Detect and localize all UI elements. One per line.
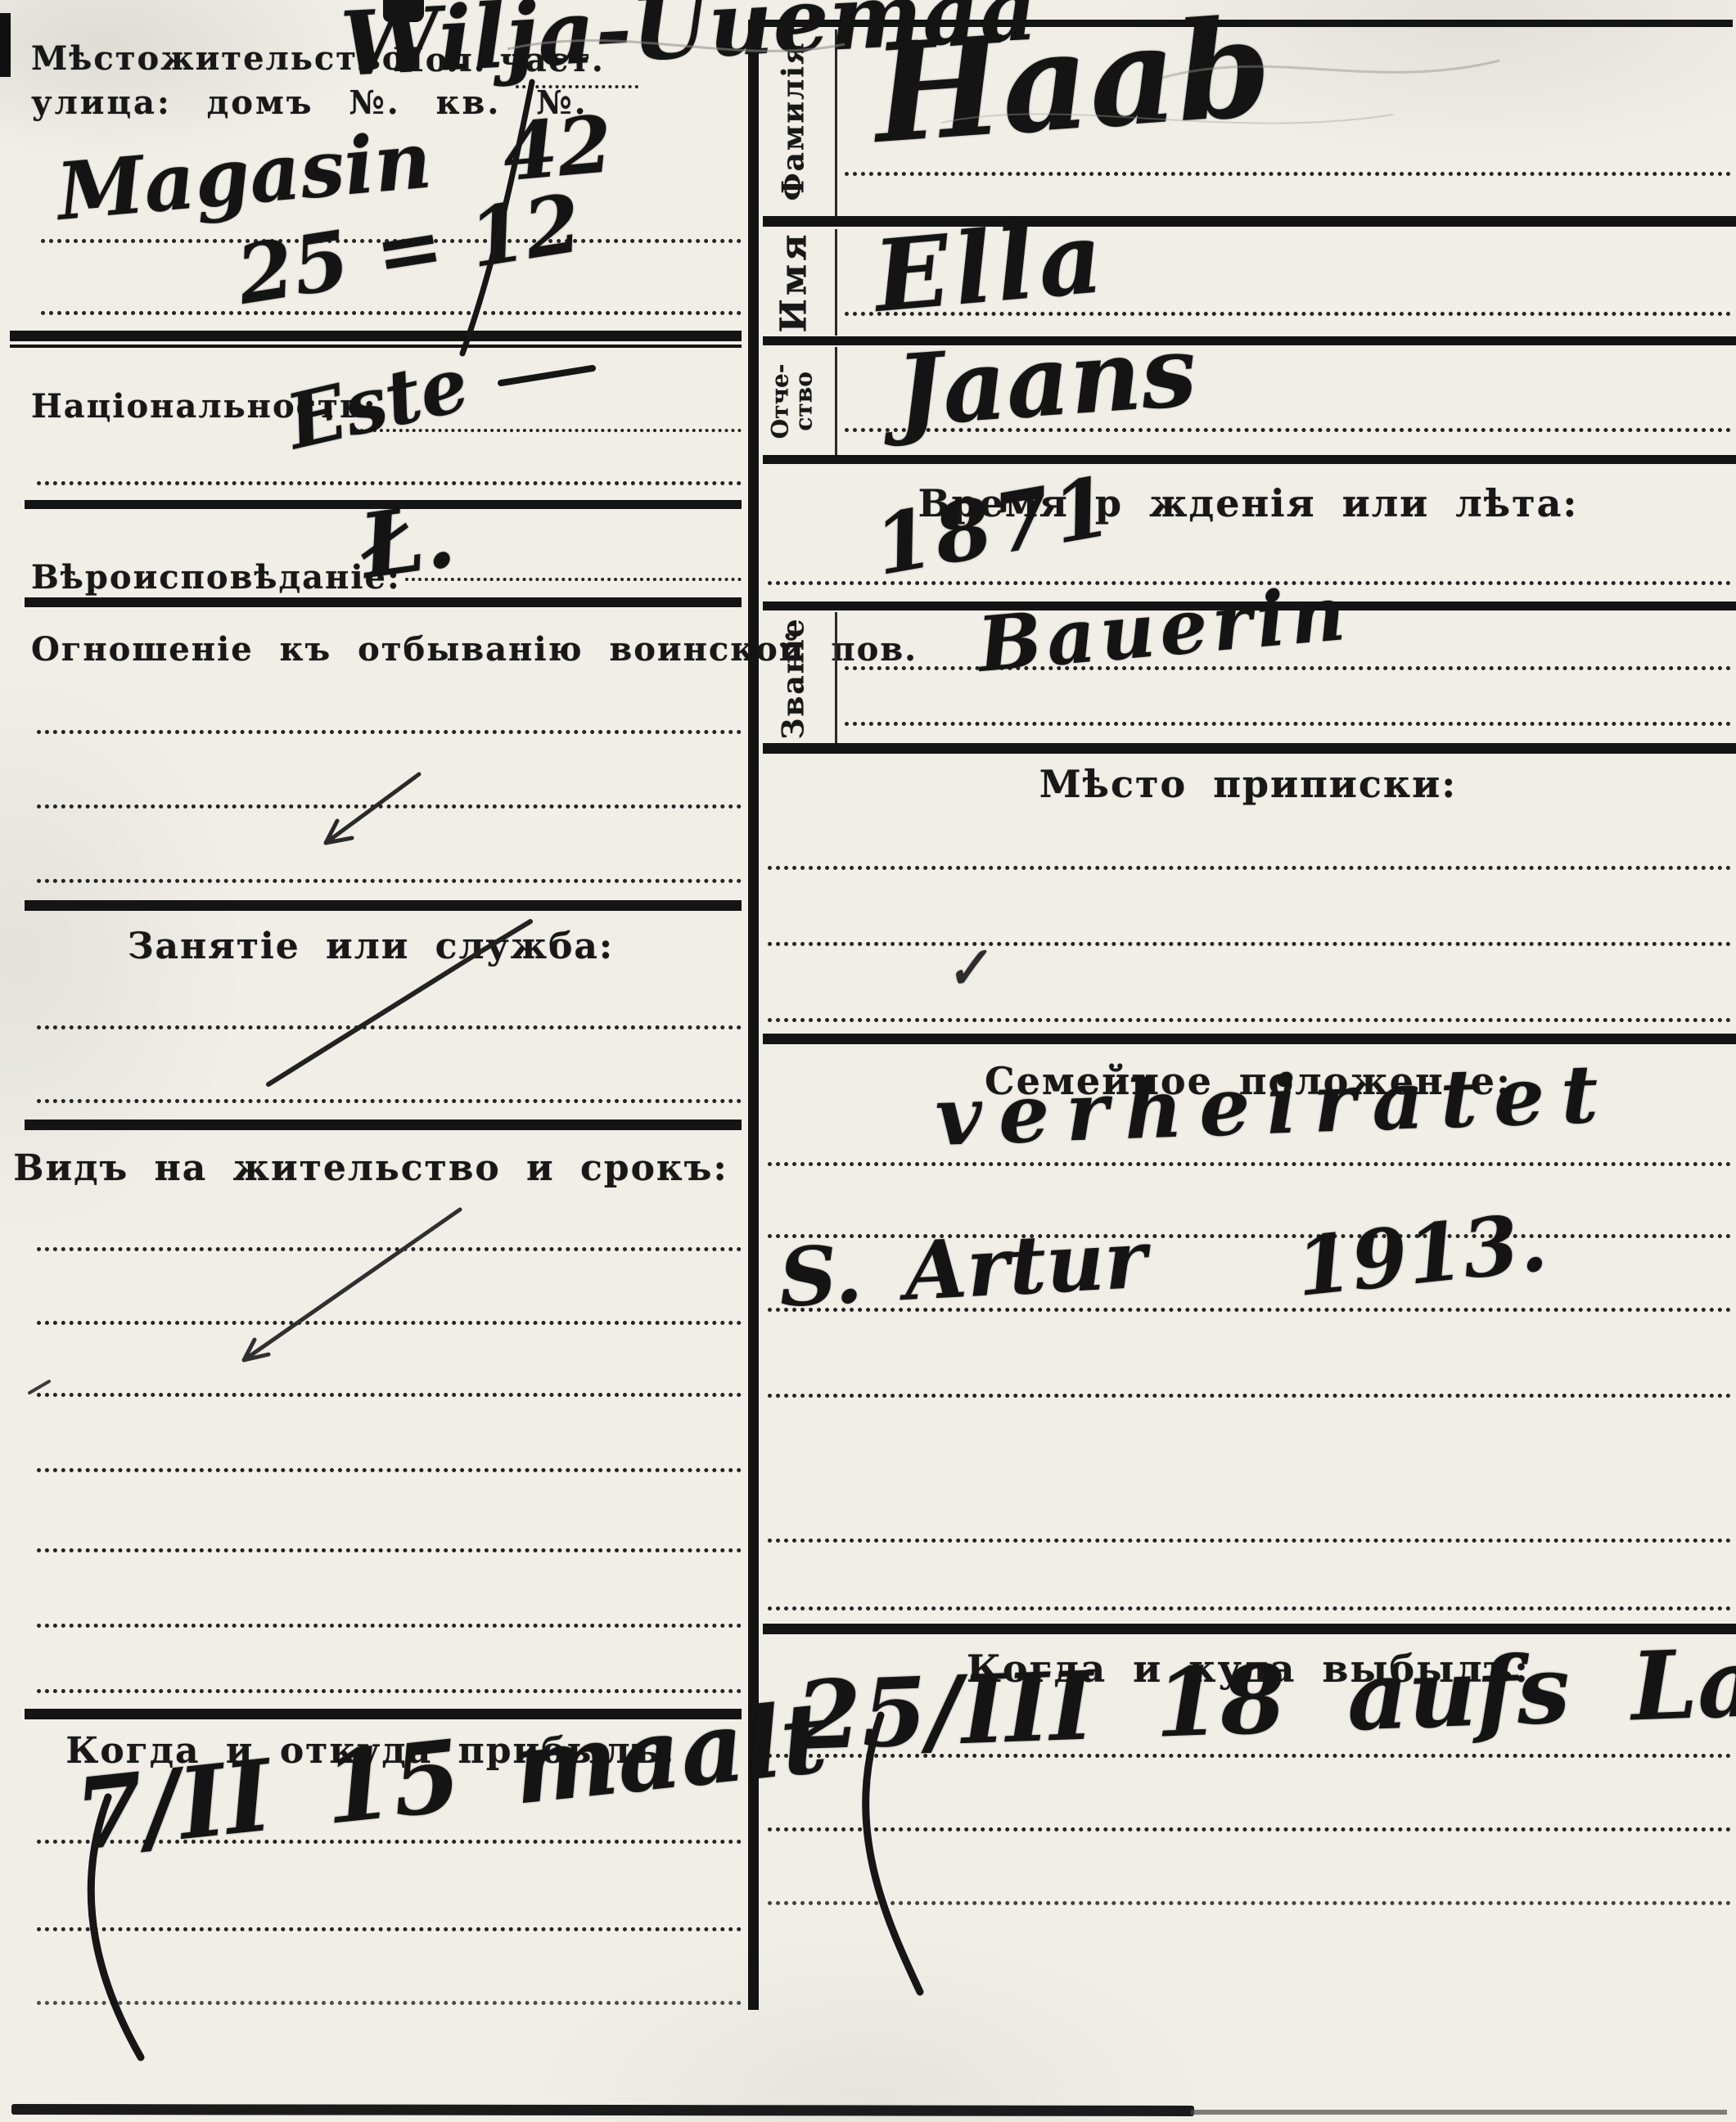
permit-dotted-line-2 [37, 1321, 742, 1325]
patronymic-rule [763, 455, 1736, 464]
residence-permit-label: Видъ на жительство и срокъ: [0, 1147, 742, 1189]
address-section-rule-thin [10, 345, 742, 348]
occupation-rule [25, 1120, 742, 1130]
religion-label: Вѣроисповѣданіе: [31, 558, 401, 597]
permit-dotted-line-1 [37, 1247, 742, 1251]
religion-rule [25, 597, 742, 607]
rank-handwriting: Bauerin [975, 569, 1354, 689]
permit-dotted-line-5 [37, 1548, 742, 1552]
address-section-rule [10, 331, 742, 341]
military-dotted-line-3 [37, 879, 742, 883]
registration-dotted-line-3 [768, 1018, 1731, 1022]
rank-inner-line [835, 612, 837, 743]
patronymic-label: Отче- ство [756, 349, 828, 453]
rank-dotted-line-2 [845, 722, 1731, 726]
family-note-year-handwriting: 1913. [1292, 1196, 1551, 1315]
military-rule [25, 900, 742, 911]
address-dotted-line-2 [41, 311, 742, 315]
military-dotted-line-2 [37, 804, 742, 809]
registration-place-label: Мѣсто приписки: [765, 762, 1731, 806]
scan-edge-artifact-left [0, 13, 11, 77]
registration-dotted-line-1 [768, 866, 1731, 870]
permit-dotted-line-7 [37, 1689, 742, 1693]
family-dotted-line-1 [768, 1162, 1731, 1166]
family-dotted-line-5 [768, 1539, 1731, 1543]
permit-dotted-line-6 [37, 1624, 742, 1628]
departure-dotted-line-2 [768, 1827, 1731, 1831]
registration-dotted-line-2 [768, 942, 1731, 946]
arrival-dotted-line-2 [37, 1927, 742, 1931]
family-dotted-line-4 [768, 1394, 1731, 1398]
first-name-label: Имя [761, 231, 827, 333]
rank-dotted-line-1 [845, 666, 1731, 670]
registration-card-scan: Мѣстожительство: Пол. част. улица: домъ … [0, 0, 1736, 2122]
scan-edge-artifact-bottom [11, 2104, 1194, 2116]
occupation-dotted-line-2 [37, 1099, 742, 1103]
pen-stroke-permit-tick [29, 1381, 49, 1393]
pen-stroke-permit-arrow [244, 1210, 460, 1360]
pen-stroke-military-arrow [326, 774, 419, 843]
first-name-handwriting: Ella [870, 200, 1112, 335]
registration-rule [763, 1034, 1736, 1044]
surname-handwriting: Haab [868, 0, 1275, 173]
occupation-dotted-line-1 [37, 1025, 742, 1029]
checkmark-icon: ✓ [941, 935, 994, 1002]
pen-stroke-este-bar [501, 368, 593, 383]
rank-rule [763, 743, 1736, 754]
permit-dotted-line-3 [37, 1393, 742, 1397]
military-dotted-line-1 [37, 730, 742, 734]
nationality-dotted-line [37, 481, 742, 485]
birth-year-handwriting: 1871 [868, 457, 1121, 594]
family-dotted-line-6 [768, 1606, 1731, 1611]
religion-handwriting: Ł. [354, 484, 461, 599]
arrival-dotted-line-3 [37, 2001, 742, 2005]
nationality-handwriting: Este [279, 340, 477, 466]
permit-dotted-line-4 [37, 1468, 742, 1472]
rank-label: Званіе [761, 614, 827, 743]
occupation-label: Занятіе или служба: [0, 926, 742, 967]
patronymic-inner-line [835, 347, 837, 455]
departure-handwriting: 25/III 18 aufs Land [794, 1623, 1736, 1772]
family-note-name-handwriting: S. Artur [777, 1213, 1149, 1326]
departure-dotted-line-3 [768, 1901, 1731, 1905]
surname-dotted-line [845, 172, 1731, 176]
scan-ink-blob-top [383, 0, 424, 22]
family-rule [763, 1624, 1736, 1634]
scan-edge-artifact-bottom-right [1191, 2110, 1727, 2115]
first-name-inner-line [835, 229, 837, 336]
patronymic-handwriting: Jaans [892, 313, 1200, 449]
